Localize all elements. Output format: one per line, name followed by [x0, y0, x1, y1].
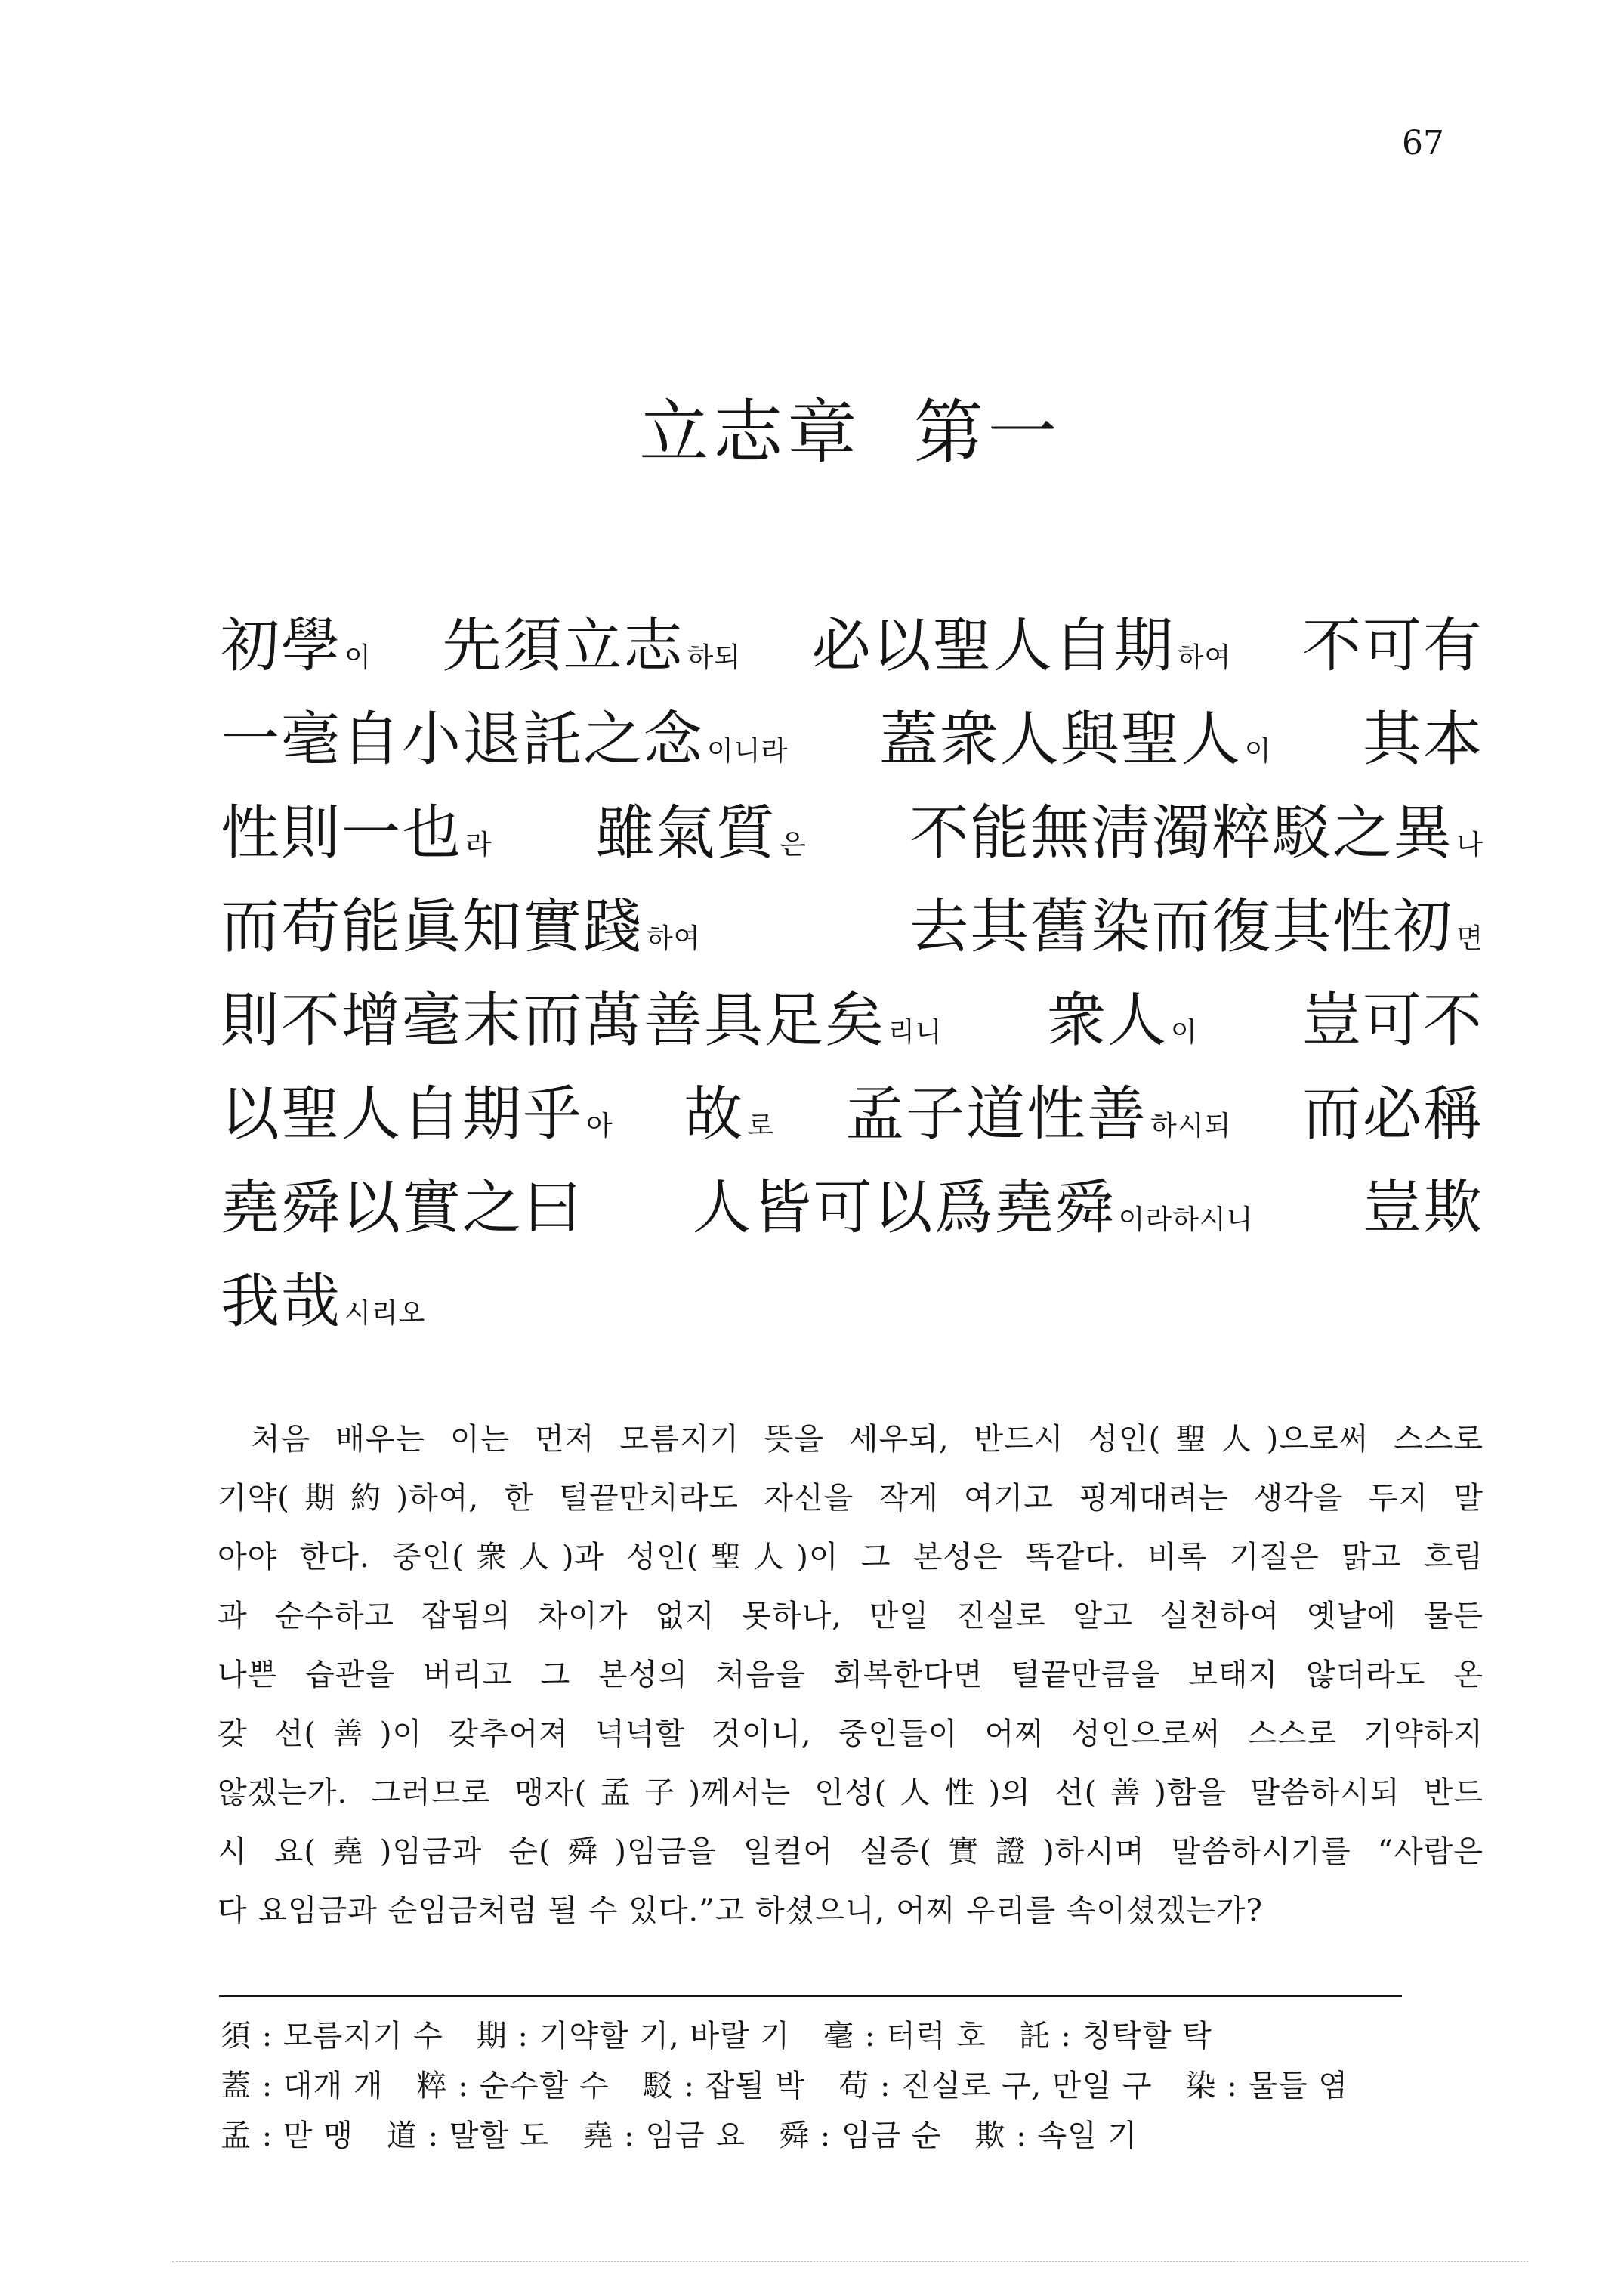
- hanmun-chunk: 先須立志하되: [442, 617, 741, 675]
- hanja-text: 堯舜以實之曰: [221, 1179, 583, 1238]
- hanja-text: 故: [684, 1085, 744, 1144]
- glossary-entry: 粹 : 순수할 수: [417, 2061, 610, 2111]
- hanmun-line: 性則一也라雖氣質은不能無淸濁粹駁之異나: [221, 769, 1484, 863]
- hanja-text: 初學: [221, 617, 341, 675]
- hanja-text: 而必稱: [1302, 1085, 1484, 1144]
- glossary-line: 須 : 모름지기 수期 : 기약할 기, 바랄 기毫 : 터럭 호託 : 칭탁할…: [221, 2011, 1487, 2061]
- hangul-reading-annotation: 로: [744, 1113, 774, 1144]
- hanmun-line: 而苟能眞知實踐하여去其舊染而復其性初면: [221, 863, 1484, 956]
- hanmun-chunk: 豈可不: [1302, 991, 1484, 1050]
- hanja-text: 必以聖人自期: [812, 617, 1175, 675]
- hanmun-chunk: 不能無淸濁粹駁之異나: [909, 804, 1484, 863]
- hangul-reading-annotation: 하여: [644, 926, 701, 956]
- hanja-text: 去其舊染而復其性初: [909, 898, 1453, 956]
- hanmun-chunk: 堯舜以實之曰: [221, 1179, 583, 1238]
- hanja-text: 不可有: [1302, 617, 1484, 675]
- hanmun-chunk: 不可有: [1302, 617, 1484, 675]
- hanmun-line: 則不增毫末而萬善具足矣리니衆人이豈可不: [221, 956, 1484, 1050]
- glossary-line: 孟 : 맏 맹道 : 말할 도堯 : 임금 요舜 : 임금 순欺 : 속일 기: [221, 2111, 1487, 2161]
- hanmun-chunk: 人皆可以爲堯舜이라하시니: [693, 1179, 1254, 1238]
- hangul-reading-annotation: 하시되: [1147, 1113, 1231, 1144]
- book-page: 67 立志章 第一 初學이先須立志하되必以聖人自期하여不可有一毫自小退託之念이니…: [0, 0, 1624, 2293]
- page-number: 67: [1402, 127, 1444, 160]
- hanja-text: 不能無淸濁粹駁之異: [909, 804, 1453, 863]
- hanja-text: 其本: [1363, 710, 1484, 769]
- glossary-entry: 舜 : 임금 순: [779, 2111, 942, 2161]
- glossary-entry: 道 : 말할 도: [387, 2111, 550, 2161]
- hangul-reading-annotation: 은: [776, 832, 807, 863]
- hangul-reading-annotation: 하되: [684, 644, 741, 675]
- chapter-title: 立志章 第一: [219, 393, 1482, 473]
- glossary-entry: 蓋 : 대개 개: [221, 2061, 384, 2111]
- hanmun-chunk: 則不增毫末而萬善具足矣리니: [221, 991, 943, 1050]
- translation-line: 아야 한다. 중인(衆人)과 성인(聖人)이 그 본성은 똑같다. 비록 기질은…: [218, 1528, 1484, 1587]
- translation-line: 처음 배우는 이는 먼저 모름지기 뜻을 세우되, 반드시 성인(聖人)으로써 …: [218, 1410, 1484, 1469]
- hanmun-chunk: 蓋衆人與聖人이: [879, 710, 1272, 769]
- hanmun-chunk: 而必稱: [1302, 1085, 1484, 1144]
- hanja-text: 一毫自小退託之念: [221, 710, 704, 769]
- glossary-entry: 駁 : 잡될 박: [643, 2061, 806, 2111]
- hanja-text: 豈欺: [1363, 1179, 1484, 1238]
- hangul-reading-annotation: 나: [1453, 832, 1484, 863]
- glossary-divider-rule: [219, 1995, 1402, 1997]
- hanja-text: 先須立志: [442, 617, 684, 675]
- hanmun-line: 我哉시리오: [221, 1238, 1484, 1331]
- hanmun-chunk: 我哉시리오: [221, 1272, 425, 1331]
- hangul-reading-annotation: 면: [1453, 926, 1484, 956]
- hanmun-chunk: 衆人이: [1047, 991, 1198, 1050]
- hanmun-chunk: 孟子道性善하시되: [845, 1085, 1231, 1144]
- translation-line: 갖 선(善)이 갖추어져 넉넉할 것이니, 중인들이 어찌 성인으로써 스스로 …: [218, 1704, 1484, 1763]
- hanja-text: 而苟能眞知實踐: [221, 898, 644, 956]
- translation-line: 않겠는가. 그러므로 맹자(孟子)께서는 인성(人性)의 선(善)함을 말씀하시…: [218, 1763, 1484, 1822]
- hanmun-chunk: 以聖人自期乎아: [221, 1085, 613, 1144]
- hangul-reading-annotation: 리니: [885, 1019, 943, 1050]
- glossary-entry: 欺 : 속일 기: [975, 2111, 1138, 2161]
- hangul-reading-annotation: 이: [1168, 1019, 1198, 1050]
- glossary-entry: 染 : 물들 염: [1186, 2061, 1349, 2111]
- hanja-text: 雖氣質: [595, 804, 776, 863]
- translation-line: 과 순수하고 잡됨의 차이가 없지 못하나, 만일 진실로 알고 실천하여 옛날…: [218, 1587, 1484, 1646]
- glossary-entry: 孟 : 맏 맹: [221, 2111, 354, 2161]
- hanja-text: 豈可不: [1302, 991, 1484, 1050]
- translation-block: 처음 배우는 이는 먼저 모름지기 뜻을 세우되, 반드시 성인(聖人)으로써 …: [218, 1410, 1484, 1940]
- hanja-text: 性則一也: [221, 804, 462, 863]
- glossary-entry: 期 : 기약할 기, 바랄 기: [477, 2011, 790, 2061]
- hanmun-chunk: 雖氣質은: [595, 804, 807, 863]
- hanja-text: 蓋衆人與聖人: [879, 710, 1242, 769]
- hangul-reading-annotation: 이니라: [704, 738, 788, 769]
- glossary-entry: 苟 : 진실로 구, 만일 구: [838, 2061, 1152, 2111]
- hanmun-block: 初學이先須立志하되必以聖人自期하여不可有一毫自小退託之念이니라蓋衆人與聖人이其本…: [221, 582, 1484, 1331]
- hanmun-line: 堯舜以實之曰人皆可以爲堯舜이라하시니豈欺: [221, 1144, 1484, 1238]
- hanja-text: 孟子道性善: [845, 1085, 1147, 1144]
- hangul-reading-annotation: 이라하시니: [1116, 1207, 1254, 1238]
- hanmun-chunk: 其本: [1363, 710, 1484, 769]
- hanmun-chunk: 必以聖人自期하여: [812, 617, 1232, 675]
- hanmun-chunk: 而苟能眞知實踐하여: [221, 898, 701, 956]
- hanja-text: 我哉: [221, 1272, 341, 1331]
- scan-edge-line: [172, 2261, 1528, 2262]
- translation-line: 기약(期約)하여, 한 털끝만치라도 자신을 작게 여기고 핑계대려는 생각을 …: [218, 1469, 1484, 1528]
- hanja-text: 衆人: [1047, 991, 1168, 1050]
- glossary-entry: 須 : 모름지기 수: [221, 2011, 443, 2061]
- hanmun-chunk: 去其舊染而復其性初면: [909, 898, 1484, 956]
- hanmun-line: 初學이先須立志하되必以聖人自期하여不可有: [221, 582, 1484, 675]
- hanmun-line: 一毫自小退託之念이니라蓋衆人與聖人이其本: [221, 675, 1484, 769]
- hanmun-chunk: 故로: [684, 1085, 774, 1144]
- hangul-reading-annotation: 아: [583, 1113, 613, 1144]
- hanmun-chunk: 性則一也라: [221, 804, 492, 863]
- hanja-text: 以聖人自期乎: [221, 1085, 583, 1144]
- hangul-reading-annotation: 하여: [1175, 644, 1232, 675]
- hanmun-chunk: 一毫自小退託之念이니라: [221, 710, 788, 769]
- translation-line: 나쁜 습관을 버리고 그 본성의 처음을 회복한다면 털끝만큼을 보태지 않더라…: [218, 1646, 1484, 1704]
- glossary-entry: 託 : 칭탁할 탁: [1020, 2011, 1212, 2061]
- hangul-reading-annotation: 이: [341, 644, 372, 675]
- translation-line: 다 요임금과 순임금처럼 될 수 있다.”고 하셨으니, 어찌 우리를 속이셨겠…: [218, 1881, 1484, 1940]
- glossary-entry: 毫 : 터럭 호: [823, 2011, 986, 2061]
- hanmun-chunk: 初學이: [221, 617, 372, 675]
- hanja-text: 則不增毫末而萬善具足矣: [221, 991, 885, 1050]
- hangul-reading-annotation: 이: [1242, 738, 1272, 769]
- hanmun-chunk: 豈欺: [1363, 1179, 1484, 1238]
- glossary-line: 蓋 : 대개 개粹 : 순수할 수駁 : 잡될 박苟 : 진실로 구, 만일 구…: [221, 2061, 1487, 2111]
- translation-line: 시 요(堯)임금과 순(舜)임금을 일컬어 실증(實證)하시며 말씀하시기를 “…: [218, 1822, 1484, 1881]
- hanja-text: 人皆可以爲堯舜: [693, 1179, 1116, 1238]
- hangul-reading-annotation: 라: [462, 832, 492, 863]
- hanmun-line: 以聖人自期乎아故로孟子道性善하시되而必稱: [221, 1050, 1484, 1144]
- hangul-reading-annotation: 시리오: [341, 1300, 425, 1331]
- glossary-entry: 堯 : 임금 요: [582, 2111, 746, 2161]
- glossary-block: 須 : 모름지기 수期 : 기약할 기, 바랄 기毫 : 터럭 호託 : 칭탁할…: [221, 2011, 1487, 2161]
